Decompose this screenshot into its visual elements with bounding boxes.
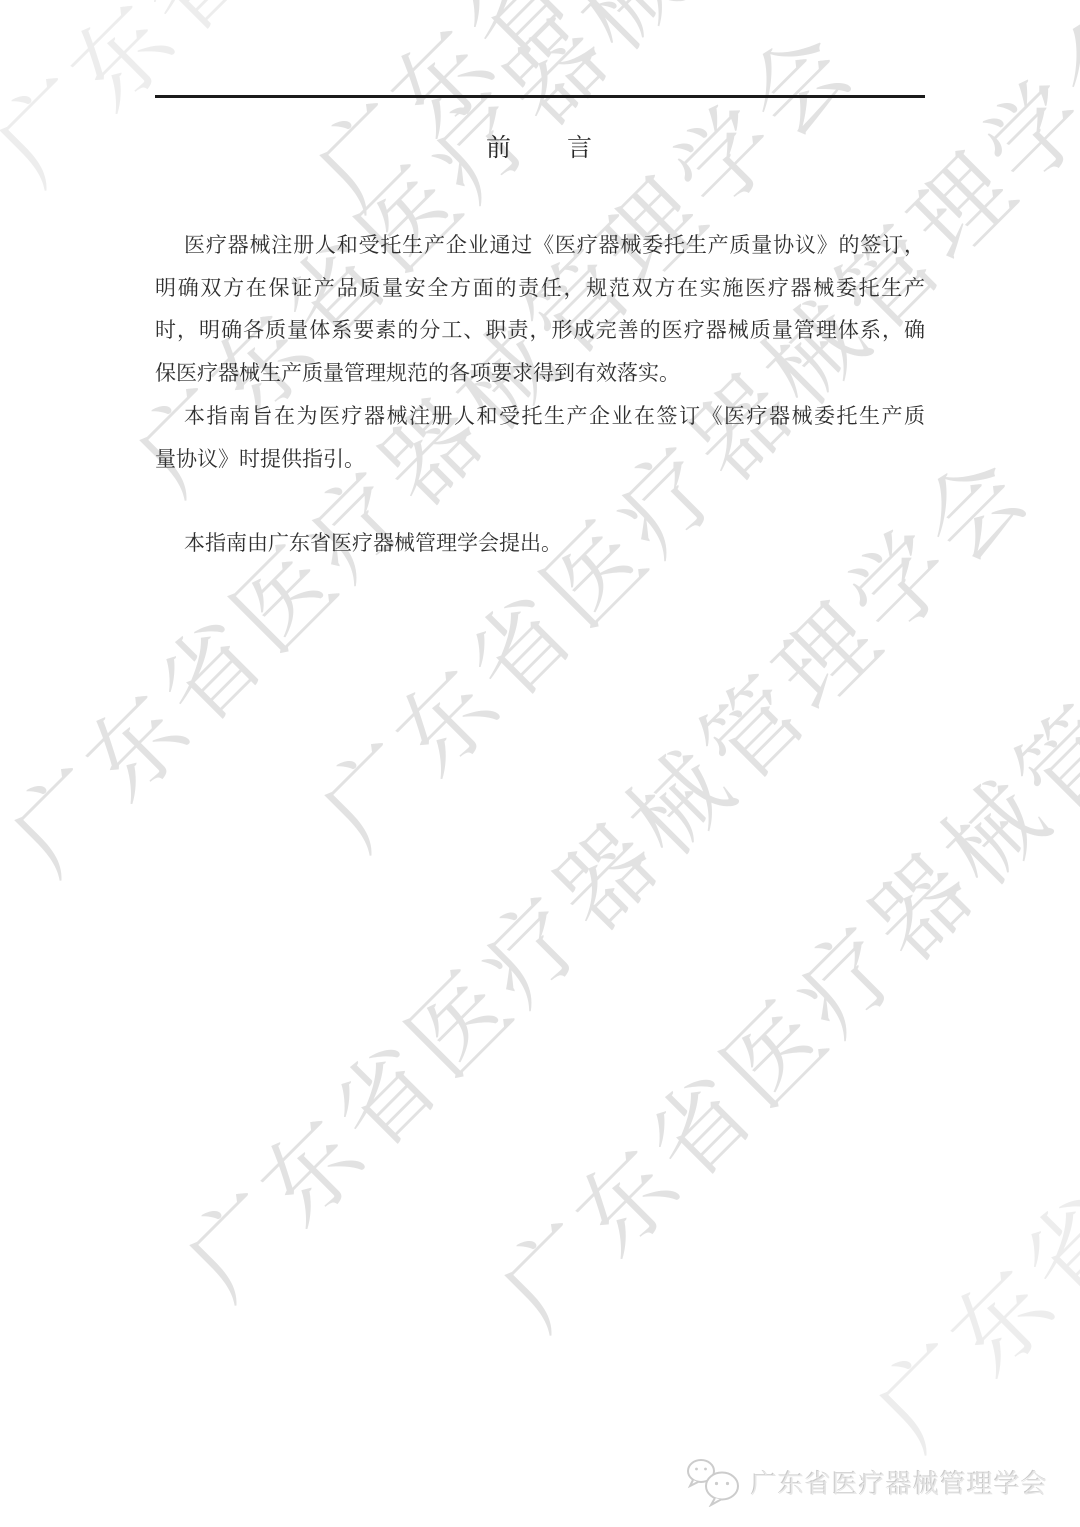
text-line: 保医疗器械生产质量管理规范的各项要求得到有效落实。 <box>155 352 925 395</box>
page-title: 前 言 <box>155 134 925 164</box>
header-rule <box>155 95 925 98</box>
footer-org-name: 广东省医疗器械管理学会 <box>751 1464 1048 1501</box>
text-line: 时，明确各质量体系要素的分工、职责，形成完善的医疗器械质量管理体系，确 <box>155 309 925 352</box>
document-page: 广东省医疗器械管理学会 广东省医疗器械管理学会 广东省医疗器械管理学会 广东省医… <box>0 0 1080 1527</box>
document-content: 前 言 医疗器械注册人和受托生产企业通过《医疗器械委托生产质量协议》的签订， 明… <box>155 95 925 565</box>
text-line: 本指南由广东省医疗器械管理学会提出。 <box>155 522 925 565</box>
text-line: 量协议》时提供指引。 <box>155 438 925 481</box>
paragraph-2: 本指南旨在为医疗器械注册人和受托生产企业在签订《医疗器械委托生产质 量协议》时提… <box>155 395 925 480</box>
paragraph-1: 医疗器械注册人和受托生产企业通过《医疗器械委托生产质量协议》的签订， 明确双方在… <box>155 224 925 395</box>
watermark-text: 广东省医疗器械管理学会 <box>485 466 1080 1346</box>
text-line: 明确双方在保证产品质量安全方面的责任，规范双方在实施医疗器械委托生产 <box>155 267 925 310</box>
text-line: 本指南旨在为医疗器械注册人和受托生产企业在签订《医疗器械委托生产质 <box>155 395 925 438</box>
text-line: 医疗器械注册人和受托生产企业通过《医疗器械委托生产质量协议》的签订， <box>155 224 925 267</box>
paragraph-3: 本指南由广东省医疗器械管理学会提出。 <box>155 522 925 565</box>
watermark-text: 广东省医疗器械管理学会 <box>170 436 1050 1316</box>
footer-brand: 广东省医疗器械管理学会 <box>685 1457 1048 1507</box>
watermark-text: 广东省医疗器械管理学会 <box>860 586 1080 1466</box>
wechat-logo-icon <box>685 1457 743 1507</box>
